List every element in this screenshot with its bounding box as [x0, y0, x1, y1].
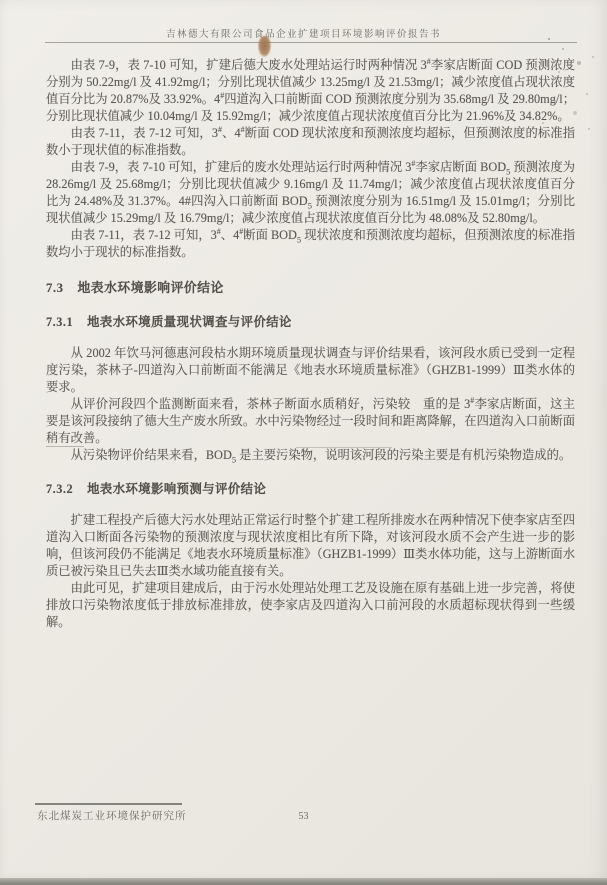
report-header-title: 吉林德大有限公司食品企业扩建项目环境影响评价报告书 — [0, 26, 607, 40]
paragraph: 由表 7-11，表 7-12 可知，3#、4#断面 COD 现状浓度和预测浓度均… — [46, 125, 575, 159]
page-number: 53 — [0, 811, 607, 822]
scan-speckles — [548, 38, 550, 40]
scan-line-artifact — [46, 446, 84, 447]
section-number: 7.3 — [46, 281, 64, 295]
scan-line-artifact — [296, 447, 392, 448]
section-heading-7.3.2: 7.3.2地表水环境影响预测与评价结论 — [46, 481, 575, 498]
footer-rule — [35, 803, 182, 805]
header-rule — [45, 42, 577, 43]
section-heading-7.3: 7.3地表水环境影响评价结论 — [46, 280, 575, 297]
section-title: 地表水环境影响评价结论 — [78, 281, 224, 295]
section-title: 地表水环境质量现状调查与评价结论 — [87, 315, 292, 329]
document-body: 由表 7-9，表 7-10 可知，扩建后德大废水处理站运行时两种情况 3#李家店… — [46, 57, 575, 631]
ink-stain-mark — [258, 36, 271, 57]
section-number: 7.3.1 — [46, 315, 73, 329]
paragraph: 由表 7-9，表 7-10 可知，扩建后的废水处理站运行时两种情况 3#李家店断… — [46, 159, 575, 227]
scan-bottom-edge — [0, 878, 607, 885]
paragraph: 从 2002 年饮马河德惠河段枯水期环境质量现状调查与评价结果看，该河段水质已受… — [46, 345, 575, 396]
paragraph: 由表 7-9，表 7-10 可知，扩建后德大废水处理站运行时两种情况 3#李家店… — [46, 57, 575, 125]
paragraph: 从污染物评价结果来看，BOD5 是主要污染物，说明该河段的污染主要是有机污染物造… — [46, 447, 575, 464]
scanned-page: 吉林德大有限公司食品企业扩建项目环境影响评价报告书 由表 7-9，表 7-10 … — [0, 0, 607, 885]
paragraph: 从评价河段四个监测断面来看，茶林子断面水质稍好，污染较 重的是 3#李家店断面，… — [46, 396, 575, 447]
section-number: 7.3.2 — [46, 482, 73, 496]
paragraph: 扩建工程投产后德大污水处理站正常运行时整个扩建工程所排废水在两种情况下使李家店至… — [46, 512, 575, 580]
paragraph: 由此可见，扩建项目建成后，由于污水处理站处理工艺及设施在原有基础上进一步完善，将… — [46, 580, 575, 631]
section-title: 地表水环境影响预测与评价结论 — [87, 482, 266, 496]
section-heading-7.3.1: 7.3.1地表水环境质量现状调查与评价结论 — [46, 314, 575, 331]
paragraph: 由表 7-11，表 7-12 可知，3#、4#断面 BOD5 现状浓度和预测浓度… — [46, 227, 575, 261]
